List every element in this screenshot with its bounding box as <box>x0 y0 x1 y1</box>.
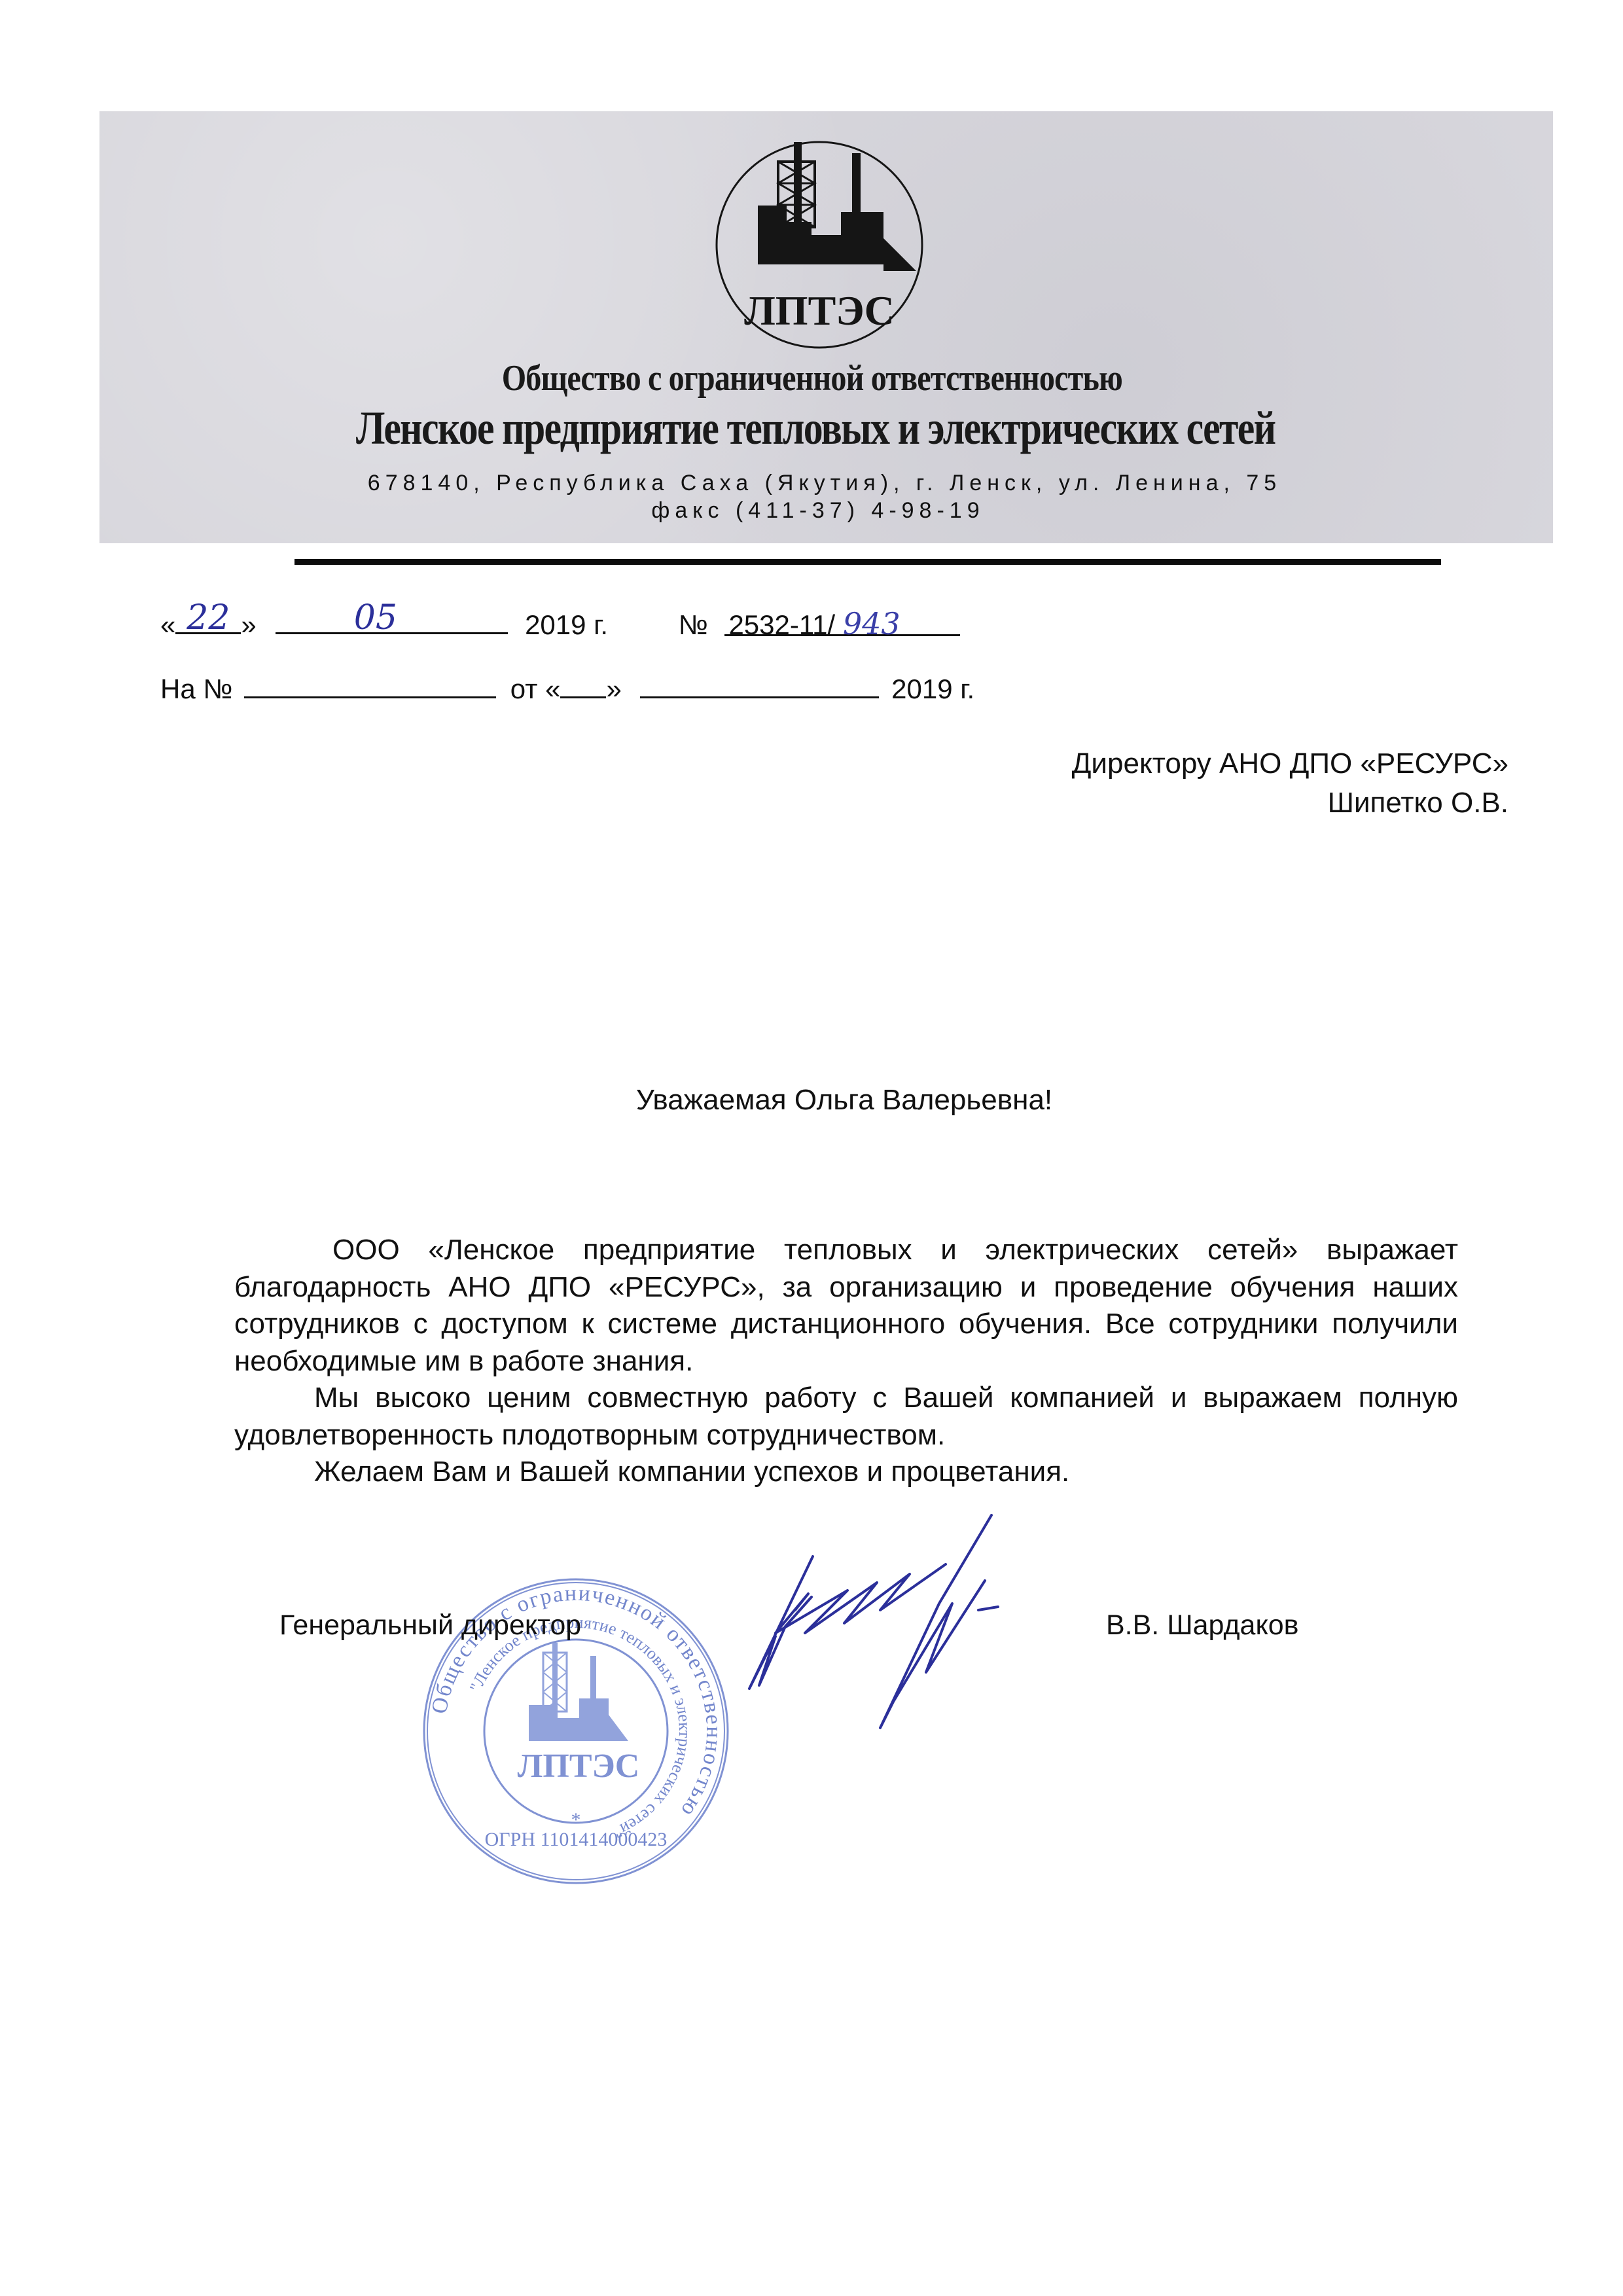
date-day-value: 22 <box>175 601 241 635</box>
body-paragraph: Мы высоко ценим совместную работу с Ваше… <box>234 1380 1458 1454</box>
reply-from-label: от « <box>510 673 561 704</box>
company-logo-icon: ЛПТЭС <box>713 140 925 350</box>
date-month-field: 05 <box>276 606 508 634</box>
outgoing-number-field: 2532-11/ 943 <box>724 608 960 636</box>
svg-text:ЛПТЭС: ЛПТЭС <box>744 287 895 334</box>
org-address: 678140, Республика Саха (Якутия), г. Лен… <box>0 470 1623 496</box>
signatory-name: В.В. Шардаков <box>1106 1609 1299 1641</box>
reply-number-field <box>244 670 496 698</box>
date-day-field: 22 <box>175 606 241 634</box>
addressee-name: Шипетко О.В. <box>1328 787 1508 819</box>
body-paragraph: Желаем Вам и Вашей компании успехов и пр… <box>234 1454 1458 1491</box>
reply-month-field <box>640 670 879 698</box>
signatory-position: Генеральный директор <box>279 1609 581 1641</box>
reply-close-quote: » <box>606 673 621 704</box>
svg-text:ЛПТЭС: ЛПТЭС <box>518 1748 640 1785</box>
reply-reference-row: На № от «» 2019 г. <box>160 670 974 705</box>
date-month-value: 05 <box>243 601 508 635</box>
svg-text:*: * <box>571 1809 581 1831</box>
registration-row: «22» 05 2019 г. № 2532-11/ 943 <box>160 606 960 641</box>
date-year: 2019 г. <box>525 609 608 640</box>
greeting: Уважаемая Ольга Валерьевна! <box>0 1084 1623 1117</box>
outgoing-number-printed: 2532-11/ <box>724 609 835 640</box>
org-name-heading: Ленское предприятие тепловых и электриче… <box>142 403 1489 453</box>
reply-day-field <box>560 670 606 698</box>
outgoing-number-handwritten: 943 <box>843 606 901 641</box>
body-paragraph: ООО «Ленское предприятие тепловых и элек… <box>234 1232 1458 1380</box>
letterhead-divider <box>294 559 1441 565</box>
number-label: № <box>679 609 708 640</box>
letter-body: ООО «Ленское предприятие тепловых и элек… <box>234 1232 1458 1491</box>
svg-text:ОГРН 1101414000423: ОГРН 1101414000423 <box>485 1829 668 1850</box>
date-open-quote: « <box>160 609 175 640</box>
reply-year: 2019 г. <box>891 673 974 704</box>
reply-number-label: На № <box>160 673 232 704</box>
org-fax: факс (411-37) 4-98-19 <box>0 497 1623 524</box>
org-type-heading: Общество с ограниченной ответственностью <box>114 359 1510 398</box>
handwritten-signature-icon <box>733 1505 1034 1780</box>
addressee-title: Директору АНО ДПО «РЕСУРС» <box>1072 747 1508 780</box>
